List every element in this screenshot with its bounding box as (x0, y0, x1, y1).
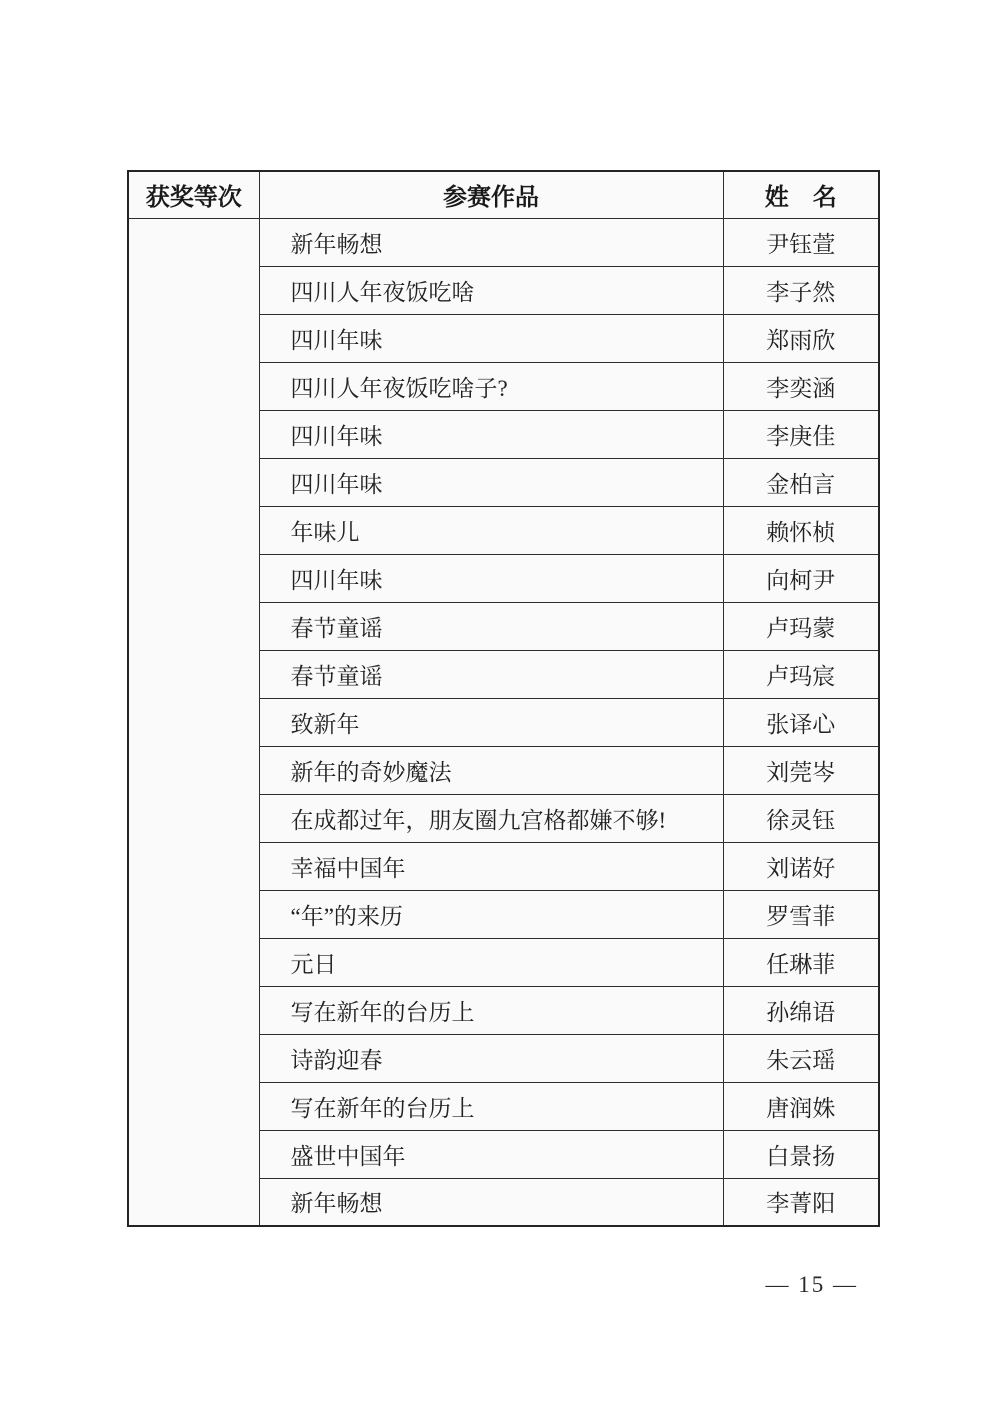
author-name-cell: 罗雪菲 (723, 890, 879, 938)
author-name-cell: 李菁阳 (723, 1178, 879, 1226)
awards-table: 获奖等次 参赛作品 姓 名 新年畅想尹钰萱四川人年夜饭吃啥李子然四川年味郑雨欣四… (127, 170, 880, 1227)
work-title-cell: 诗韵迎春 (259, 1034, 723, 1082)
col-header-work: 参赛作品 (259, 171, 723, 218)
work-title-cell: 四川年味 (259, 554, 723, 602)
work-title-cell: 写在新年的台历上 (259, 986, 723, 1034)
work-title-cell: 四川人年夜饭吃啥子? (259, 362, 723, 410)
author-name-cell: 刘莞岑 (723, 746, 879, 794)
awards-table-header: 获奖等次 参赛作品 姓 名 (128, 171, 879, 218)
work-title-cell: 春节童谣 (259, 602, 723, 650)
work-title-cell: 幸福中国年 (259, 842, 723, 890)
work-title-cell: 年味儿 (259, 506, 723, 554)
work-title-cell: 四川年味 (259, 458, 723, 506)
work-title-cell: 四川年味 (259, 410, 723, 458)
author-name-cell: 尹钰萱 (723, 218, 879, 266)
author-name-cell: 孙绵语 (723, 986, 879, 1034)
award-level-cell (128, 218, 259, 1226)
author-name-cell: 向柯尹 (723, 554, 879, 602)
work-title-cell: 致新年 (259, 698, 723, 746)
author-name-cell: 刘诺好 (723, 842, 879, 890)
work-title-cell: 新年畅想 (259, 1178, 723, 1226)
author-name-cell: 朱云瑶 (723, 1034, 879, 1082)
work-title-cell: 四川人年夜饭吃啥 (259, 266, 723, 314)
author-name-cell: 张译心 (723, 698, 879, 746)
table-row: 新年畅想尹钰萱 (128, 218, 879, 266)
work-title-cell: 在成都过年，朋友圈九宫格都嫌不够! (259, 794, 723, 842)
author-name-cell: 唐润姝 (723, 1082, 879, 1130)
header-row: 获奖等次 参赛作品 姓 名 (128, 171, 879, 218)
author-name-cell: 徐灵钰 (723, 794, 879, 842)
author-name-cell: 李庚佳 (723, 410, 879, 458)
work-title-cell: 新年畅想 (259, 218, 723, 266)
author-name-cell: 李奕涵 (723, 362, 879, 410)
work-title-cell: 盛世中国年 (259, 1130, 723, 1178)
author-name-cell: 卢玛蒙 (723, 602, 879, 650)
awards-table-container: 获奖等次 参赛作品 姓 名 新年畅想尹钰萱四川人年夜饭吃啥李子然四川年味郑雨欣四… (127, 170, 880, 1227)
page-number: — 15 — (766, 1272, 859, 1298)
author-name-cell: 金柏言 (723, 458, 879, 506)
author-name-cell: 赖怀桢 (723, 506, 879, 554)
table-body: 新年畅想尹钰萱四川人年夜饭吃啥李子然四川年味郑雨欣四川人年夜饭吃啥子?李奕涵四川… (128, 218, 879, 1226)
work-title-cell: 春节童谣 (259, 650, 723, 698)
document-page: 获奖等次 参赛作品 姓 名 新年畅想尹钰萱四川人年夜饭吃啥李子然四川年味郑雨欣四… (0, 0, 1000, 1414)
col-header-award-level: 获奖等次 (128, 171, 259, 218)
author-name-cell: 任琳菲 (723, 938, 879, 986)
col-header-name: 姓 名 (723, 171, 879, 218)
work-title-cell: “年”的来历 (259, 890, 723, 938)
author-name-cell: 郑雨欣 (723, 314, 879, 362)
work-title-cell: 写在新年的台历上 (259, 1082, 723, 1130)
author-name-cell: 李子然 (723, 266, 879, 314)
work-title-cell: 元日 (259, 938, 723, 986)
author-name-cell: 白景扬 (723, 1130, 879, 1178)
work-title-cell: 四川年味 (259, 314, 723, 362)
work-title-cell: 新年的奇妙魔法 (259, 746, 723, 794)
author-name-cell: 卢玛宸 (723, 650, 879, 698)
